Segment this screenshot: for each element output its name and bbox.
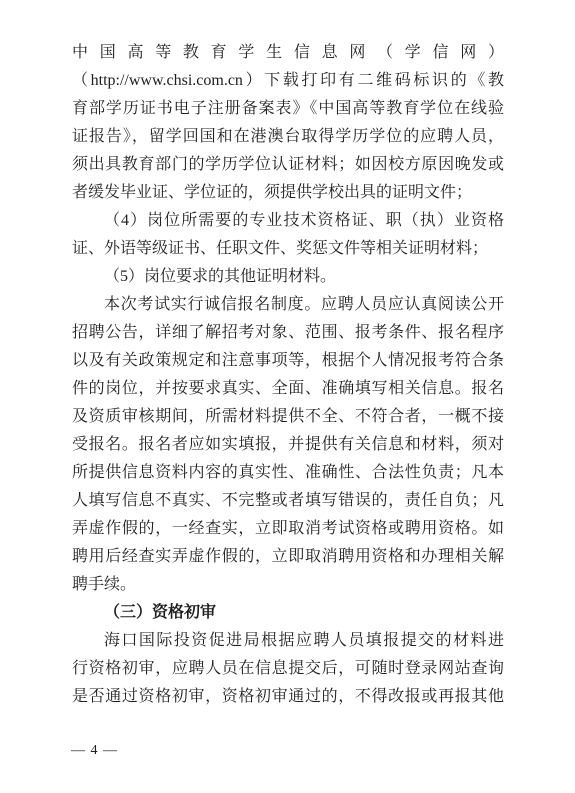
text-line: 本次考试实行诚信报名制度。应聘人员应认真阅读公开 xyxy=(72,291,504,319)
text-line: 弄虚作假的，一经查实，立即取消考试资格或聘用资格。如 xyxy=(72,515,504,543)
document-page: 中国高等教育学生信息网（学信网）（http://www.chsi.com.cn）… xyxy=(0,0,575,793)
text-line: 行资格初审，应聘人员在信息提交后，可随时登录网站查询 xyxy=(72,655,504,683)
text-line: 受报名。报名者应如实填报，并提供有关信息和材料，须对 xyxy=(72,431,504,459)
text-line: 及资质审核期间，所需材料提供不全、不符合者，一概不接 xyxy=(72,403,504,431)
text-line: 招聘公告，详细了解招考对象、范围、报考条件、报名程序 xyxy=(72,319,504,347)
text-line: 证报告》，留学回国和在港澳台取得学历学位的应聘人员， xyxy=(72,123,504,151)
page-number: — 4 — xyxy=(71,743,118,759)
text-line: 中国高等教育学生信息网（学信网） xyxy=(72,39,504,67)
text-line: 人填写信息不真实、不完整或者填写错误的，责任自负；凡 xyxy=(72,487,504,515)
text-line: 者缓发毕业证、学位证的，须提供学校出具的证明文件； xyxy=(72,179,504,207)
document-body: 中国高等教育学生信息网（学信网）（http://www.chsi.com.cn）… xyxy=(72,39,504,711)
text-line: 件的岗位，并按要求真实、全面、准确填写相关信息。报名 xyxy=(72,375,504,403)
text-line: 海口国际投资促进局根据应聘人员填报提交的材料进 xyxy=(72,627,504,655)
text-line: 所提供信息资料内容的真实性、准确性、合法性负责；凡本 xyxy=(72,459,504,487)
text-line: 育部学历证书电子注册备案表》《中国高等教育学位在线验 xyxy=(72,95,504,123)
text-line: 聘手续。 xyxy=(72,571,504,599)
text-line: （http://www.chsi.com.cn）下载打印有二维码标识的《教 xyxy=(72,67,504,95)
text-line: 聘用后经查实弄虚作假的，立即取消聘用资格和办理相关解 xyxy=(72,543,504,571)
text-line: （4）岗位所需要的专业技术资格证、职（执）业资格 xyxy=(72,207,504,235)
section-heading: （三）资格初审 xyxy=(72,599,504,627)
text-line: 是否通过资格初审，资格初审通过的，不得改报或再报其他 xyxy=(72,683,504,711)
text-line: 证、外语等级证书、任职文件、奖惩文件等相关证明材料； xyxy=(72,235,504,263)
text-line: （5）岗位要求的其他证明材料。 xyxy=(72,263,504,291)
text-line: 须出具教育部门的学历学位认证材料；如因校方原因晚发或 xyxy=(72,151,504,179)
text-line: 以及有关政策规定和注意事项等，根据个人情况报考符合条 xyxy=(72,347,504,375)
